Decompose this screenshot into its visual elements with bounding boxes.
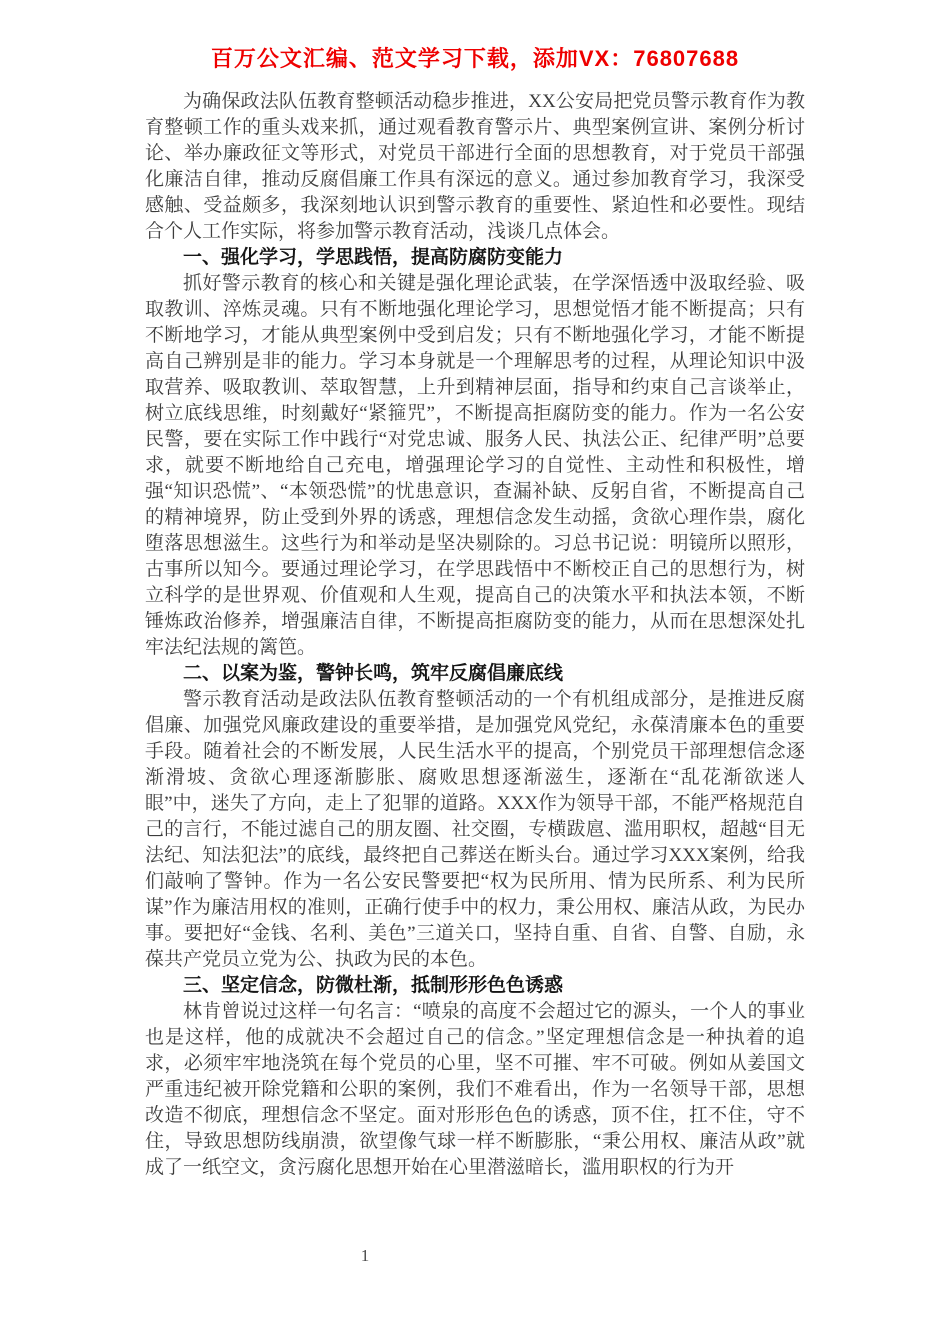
intro-paragraph: 为确保政法队伍教育整顿活动稳步推进，XX公安局把党员警示教育作为教育整顿工作的重… (145, 89, 805, 245)
section-2-heading: 二、以案为鉴，警钟长鸣，筑牢反腐倡廉底线 (145, 661, 805, 687)
page-number: 1 (350, 1245, 380, 1267)
document-body: 为确保政法队伍教育整顿活动稳步推进，XX公安局把党员警示教育作为教育整顿工作的重… (145, 89, 805, 1181)
section-1-heading: 一、强化学习，学思践悟，提高防腐防变能力 (145, 245, 805, 271)
section-1-paragraph: 抓好警示教育的核心和关键是强化理论武装，在学深悟透中汲取经验、吸取教训、淬炼灵魂… (145, 271, 805, 661)
section-3-heading: 三、坚定信念，防微杜渐，抵制形形色色诱惑 (145, 973, 805, 999)
promo-banner-text: 百万公文汇编、范文学习下载，添加VX：76807688 (0, 44, 950, 74)
document-page: 百万公文汇编、范文学习下载，添加VX：76807688 为确保政法队伍教育整顿活… (0, 0, 950, 1344)
section-2-paragraph: 警示教育活动是政法队伍教育整顿活动的一个有机组成部分，是推进反腐倡廉、加强党风廉… (145, 687, 805, 973)
section-3-paragraph: 林肯曾说过这样一句名言：“喷泉的高度不会超过它的源头，一个人的事业也是这样，他的… (145, 999, 805, 1181)
